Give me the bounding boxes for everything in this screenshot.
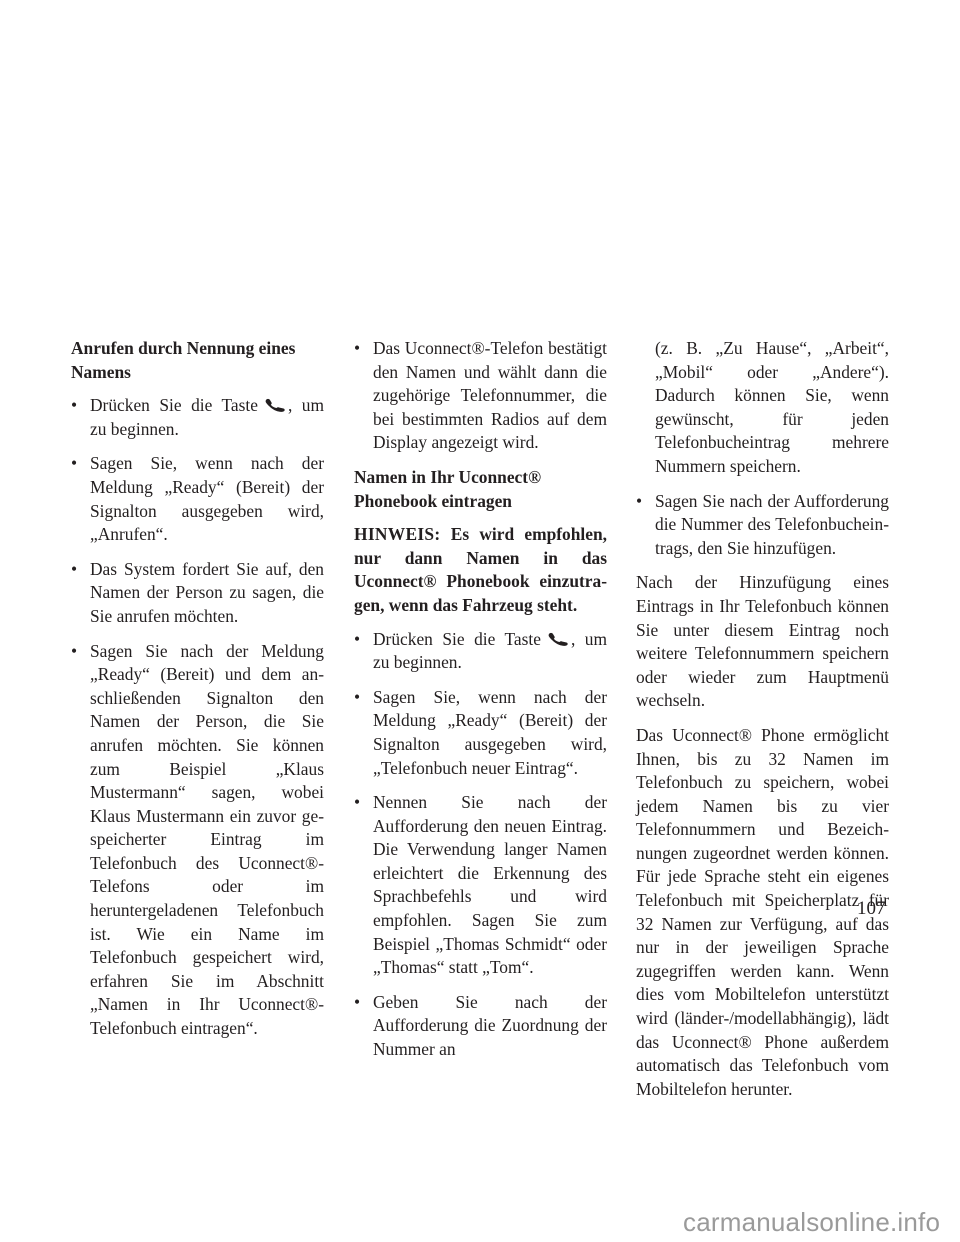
- list-item: • Sagen Sie, wenn nach der Meldung „Read…: [71, 452, 324, 546]
- column-2: • Das Uconnect®-Telefon bestätigt den Na…: [354, 337, 607, 1073]
- list-item-continuation: (z. B. „Zu Hause“, „Arbeit“, „Mobil“ ode…: [636, 337, 889, 479]
- bullet-glyph: •: [354, 337, 360, 361]
- list-item: • Das Uconnect®-Telefon bestätigt den Na…: [354, 337, 607, 455]
- bullet-glyph: •: [354, 686, 360, 710]
- bullet-glyph: •: [354, 991, 360, 1015]
- page-number: 107: [857, 898, 886, 920]
- section-heading-call-by-name: Anrufen durch Nennung eines Namens: [71, 337, 324, 384]
- list-item: • Das System fordert Sie auf, den Na­men…: [71, 558, 324, 629]
- column-1: Anrufen durch Nennung eines Namens • Drü…: [71, 337, 324, 1052]
- list-item: • Drücken Sie die Taste, um zu beginnen.: [354, 628, 607, 675]
- bullet-glyph: •: [636, 490, 642, 514]
- list-item: • Drücken Sie die Taste, um zu beginnen.: [71, 394, 324, 441]
- note-block: HINWEIS: Es wird empfohlen, nur dann Nam…: [354, 523, 607, 617]
- bullet-list: • Sagen Sie nach der Aufforderung die Nu…: [636, 490, 889, 561]
- bullet-list: • Das Uconnect®-Telefon bestätigt den Na…: [354, 337, 607, 455]
- phone-icon: [264, 398, 286, 412]
- list-item: • Sagen Sie nach der Aufforderung die Nu…: [636, 490, 889, 561]
- bullet-glyph: •: [354, 791, 360, 815]
- column-3: (z. B. „Zu Hause“, „Arbeit“, „Mobil“ ode…: [636, 337, 889, 1112]
- bullet-list: • Drücken Sie die Taste, um zu beginnen.…: [354, 628, 607, 1062]
- paragraph: Das Uconnect® Phone ermöglicht Ih­nen, b…: [636, 724, 889, 1102]
- list-item: • Sagen Sie, wenn nach der Meldung „Read…: [354, 686, 607, 780]
- bullet-glyph: •: [71, 558, 77, 582]
- bullet-glyph: •: [354, 628, 360, 652]
- section-heading-phonebook-entry: Namen in Ihr Uconnect® Phonebook eintrag…: [354, 466, 607, 513]
- list-item: • Geben Sie nach der Aufforderung die Zu…: [354, 991, 607, 1062]
- phone-icon: [547, 632, 569, 646]
- list-item: • Sagen Sie nach der Meldung „Ready“ (Be…: [71, 640, 324, 1041]
- watermark-text: carmanualsonline.info: [683, 1207, 940, 1238]
- bullet-glyph: •: [71, 640, 77, 664]
- bullet-glyph: •: [71, 452, 77, 476]
- note-label: HINWEIS:: [354, 524, 440, 544]
- paragraph: Nach der Hinzufügung eines Eintrags in I…: [636, 571, 889, 713]
- list-item: • Nennen Sie nach der Aufforderung den n…: [354, 791, 607, 980]
- bullet-glyph: •: [71, 394, 77, 418]
- bullet-list: • Drücken Sie die Taste, um zu beginnen.…: [71, 394, 324, 1040]
